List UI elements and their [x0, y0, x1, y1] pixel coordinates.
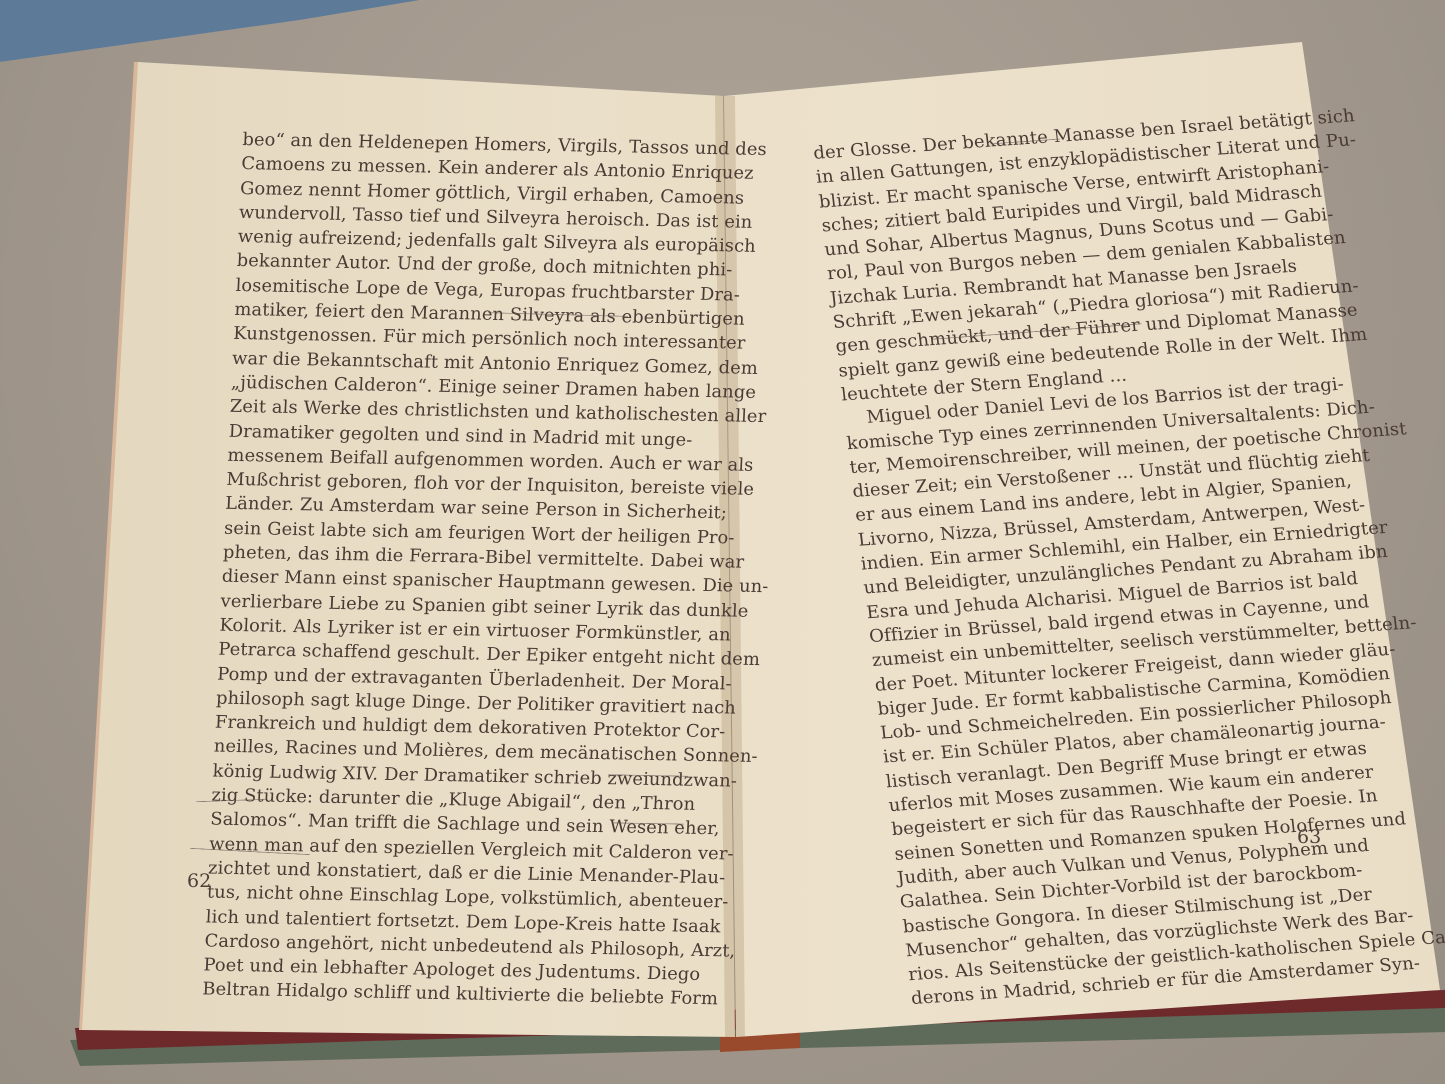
page-number-right: 63 [1297, 826, 1321, 848]
right-page-text: der Glosse. Der bekannte Manasse ben Isr… [812, 110, 1375, 1012]
page-number-left: 62 [187, 870, 211, 892]
book-photo: beo“ an den Heldenepen Homers, Virgils, … [0, 0, 1445, 1084]
left-page-text: beo“ an den Heldenepen Homers, Virgils, … [202, 128, 682, 1010]
